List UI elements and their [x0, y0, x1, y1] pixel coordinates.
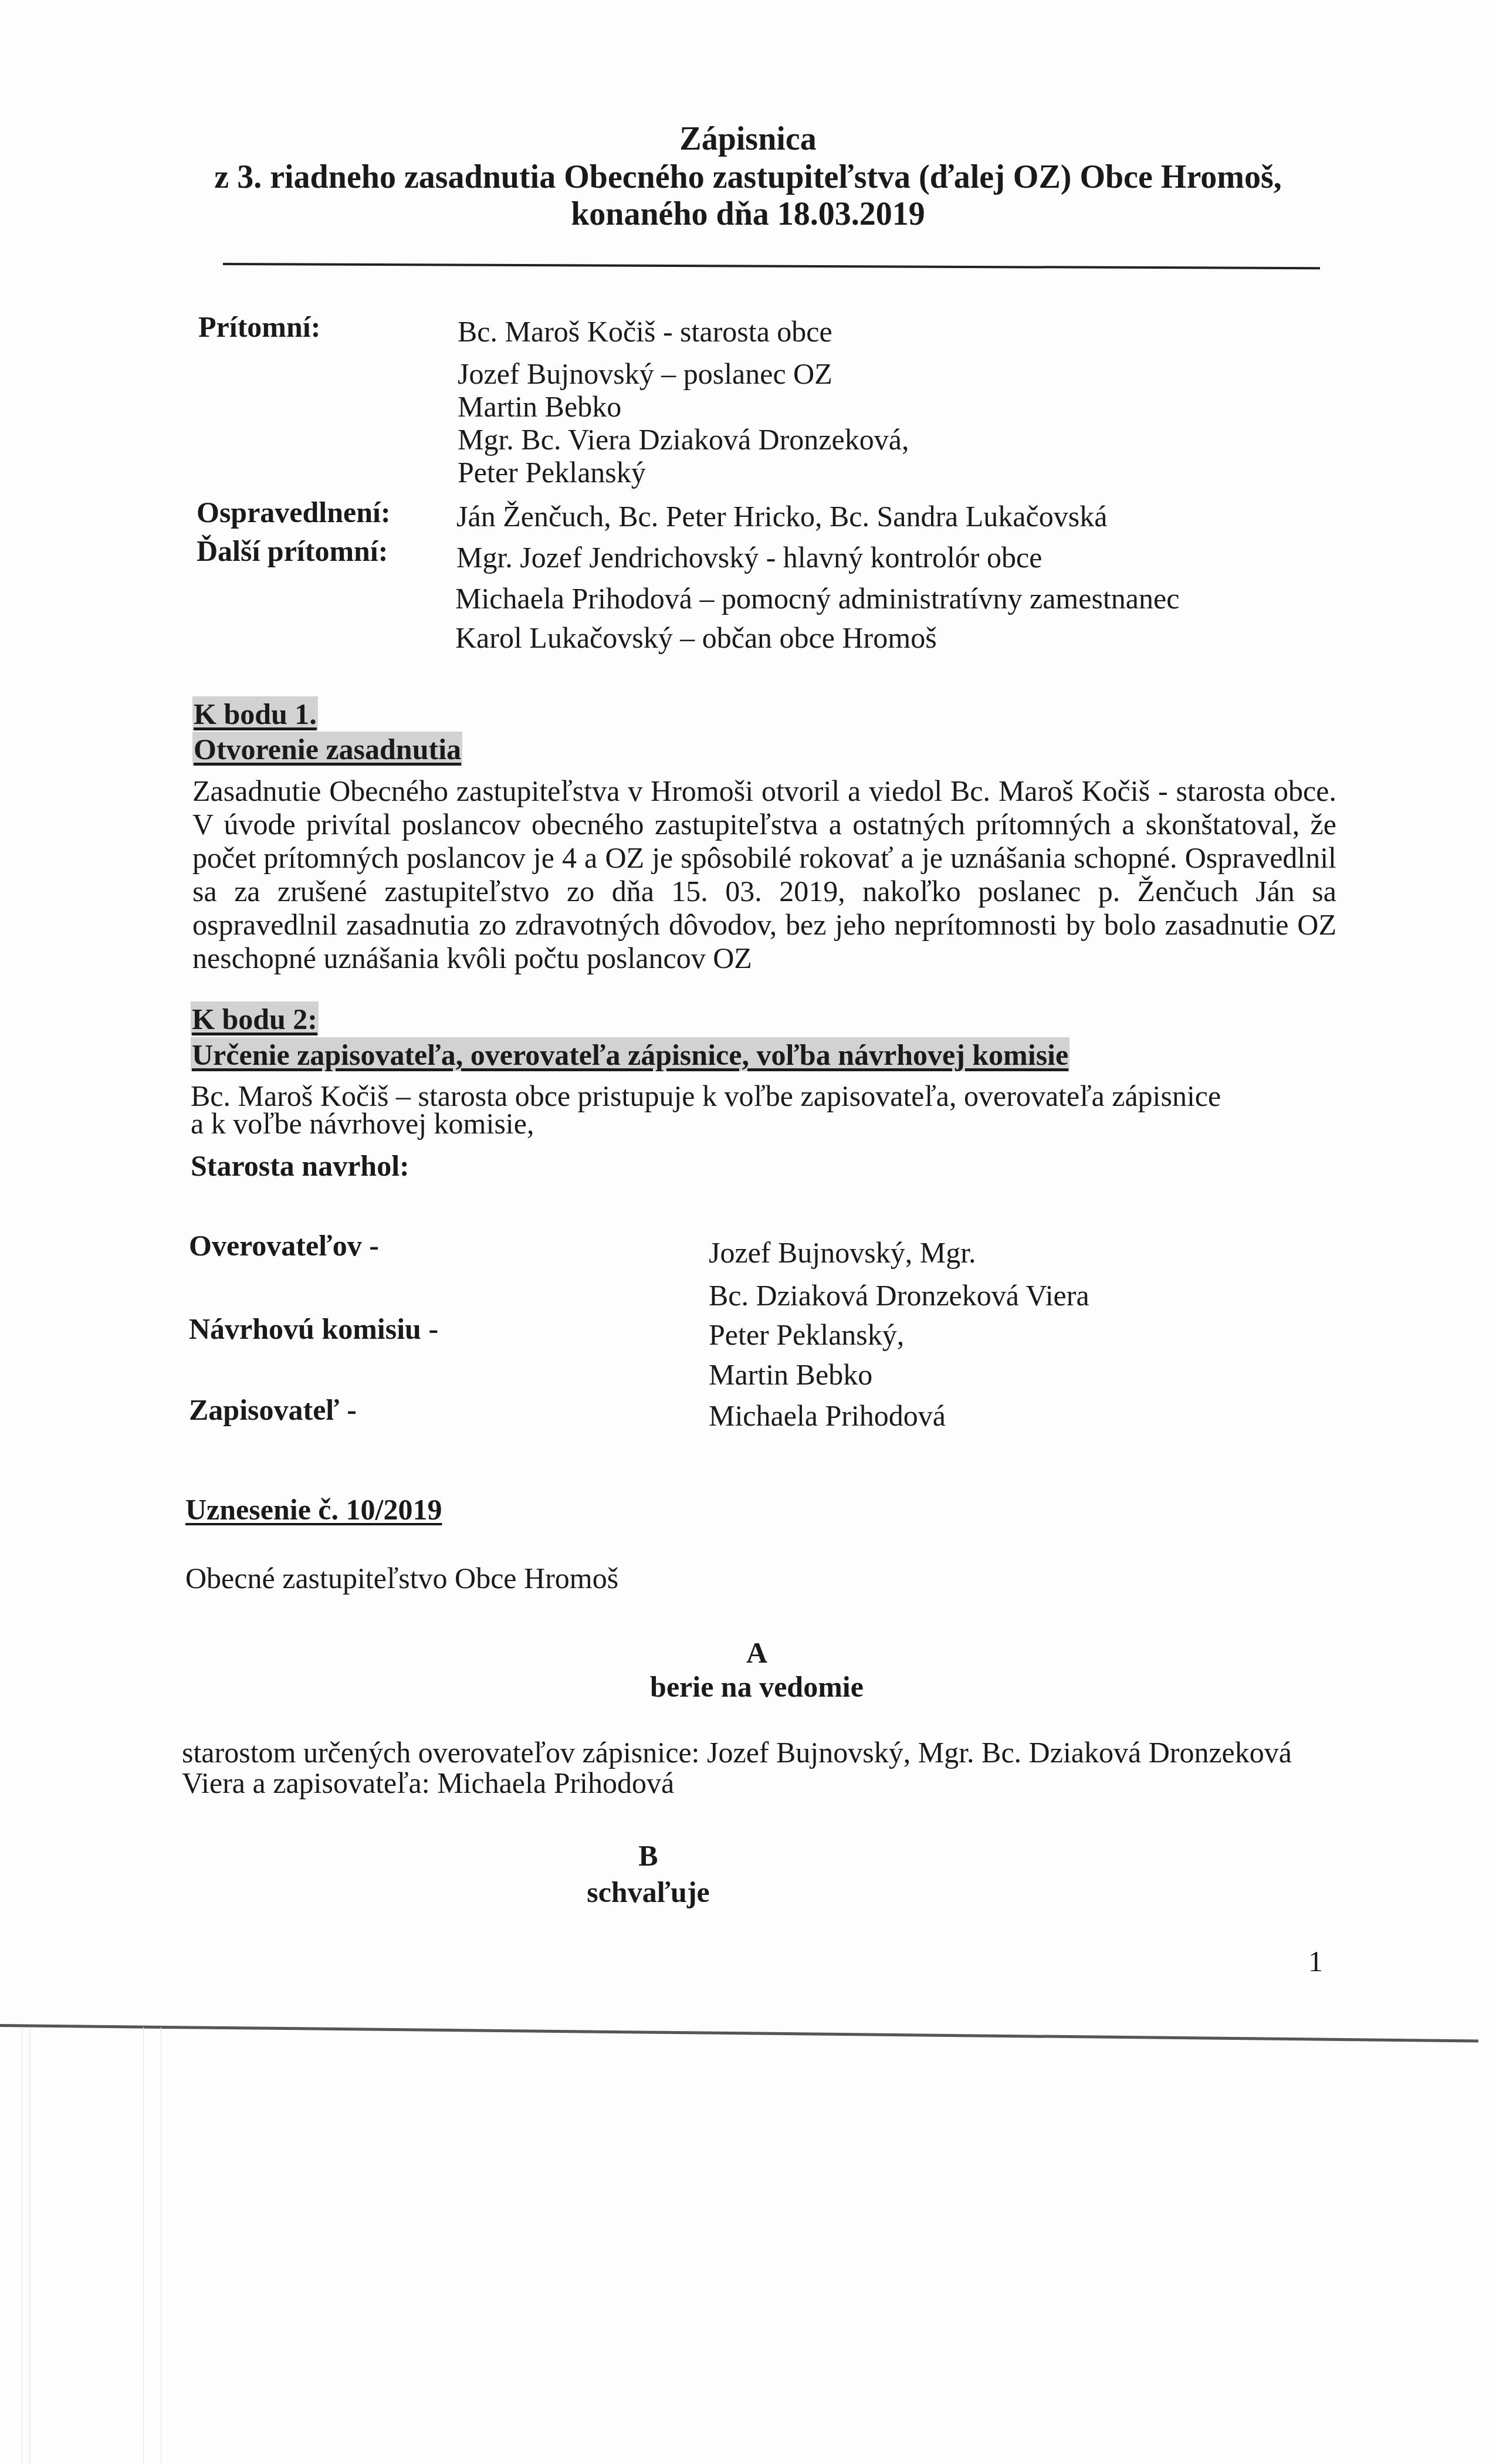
- point2-label-text: K bodu 2:: [191, 1001, 319, 1035]
- header-divider: [223, 263, 1320, 269]
- point2-heading-text: Určenie zapisovateľa, overovateľa zápisn…: [191, 1037, 1069, 1071]
- scan-artifact-line: [143, 2027, 144, 2464]
- scan-artifact-line: [22, 2027, 22, 2464]
- point1-label-text: K bodu 1.: [192, 696, 318, 730]
- point2-heading: Určenie zapisovateľa, overovateľa zápisn…: [191, 1040, 1069, 1069]
- scan-artifact-line: [29, 2027, 30, 2464]
- present-item: Bc. Maroš Kočiš - starosta obce: [458, 317, 832, 346]
- point1-text: Zasadnutie Obecného zastupiteľstva v Hro…: [192, 774, 1336, 975]
- document-subtitle-line1: z 3. riadneho zasadnutia Obecného zastup…: [0, 158, 1496, 196]
- role-name: Martin Bebko: [709, 1360, 872, 1389]
- section-b-letter: B: [590, 1841, 707, 1870]
- excused-label: Ospravedlnení:: [197, 497, 391, 527]
- excused-list: Ján Ženčuch, Bc. Peter Hricko, Bc. Sandr…: [456, 502, 1107, 531]
- others-item: Karol Lukačovský – občan obce Hromoš: [455, 623, 937, 652]
- page-separator: [0, 2024, 1478, 2042]
- resolution-title: Uznesenie č. 10/2019: [185, 1495, 442, 1524]
- document-title: Zápisnica: [0, 120, 1496, 158]
- page-number: 1: [1308, 1947, 1323, 1976]
- others-label: Ďalší prítomní:: [197, 536, 388, 566]
- resolution-body: Obecné zastupiteľstvo Obce Hromoš: [185, 1563, 618, 1593]
- present-label: Prítomní:: [198, 312, 320, 341]
- role-label-committee: Návrhovú komisiu -: [189, 1314, 438, 1343]
- point1-label: K bodu 1.: [192, 699, 318, 729]
- scan-artifact-line: [161, 2027, 161, 2464]
- point2-label: K bodu 2:: [191, 1004, 319, 1034]
- section-a-line1: starostom určených overovateľov zápisnic…: [182, 1738, 1292, 1767]
- section-b-verb: schvaľuje: [560, 1877, 736, 1907]
- role-name: Peter Peklanský,: [709, 1320, 904, 1349]
- point1-heading: Otvorenie zasadnutia: [192, 735, 462, 764]
- point2-text-line1: Bc. Maroš Kočiš – starosta obce pristupu…: [191, 1081, 1221, 1111]
- section-a-verb: berie na vedomie: [610, 1672, 903, 1701]
- present-item: Martin Bebko: [458, 392, 621, 421]
- present-item: Mgr. Bc. Viera Dziaková Dronzeková,: [458, 425, 909, 454]
- present-item: Jozef Bujnovský – poslanec OZ: [458, 359, 832, 388]
- proposal-label: Starosta navrhol:: [191, 1151, 409, 1180]
- document-subtitle-line2: konaného dňa 18.03.2019: [0, 195, 1496, 233]
- role-name: Jozef Bujnovský, Mgr.: [709, 1238, 976, 1267]
- others-item: Mgr. Jozef Jendrichovský - hlavný kontro…: [456, 543, 1042, 572]
- role-name: Bc. Dziaková Dronzeková Viera: [709, 1281, 1089, 1310]
- section-a-line2: Viera a zapisovateľa: Michaela Prihodová: [182, 1768, 674, 1798]
- present-item: Peter Peklanský: [458, 458, 646, 487]
- role-label-recorder: Zapisovateľ -: [189, 1395, 357, 1424]
- section-a-letter: A: [698, 1638, 815, 1667]
- role-label-verifiers: Overovateľov -: [189, 1231, 379, 1260]
- point1-heading-text: Otvorenie zasadnutia: [192, 732, 462, 766]
- others-item: Michaela Prihodová – pomocný administrat…: [455, 584, 1179, 613]
- point2-text-line2: a k voľbe návrhovej komisie,: [191, 1109, 534, 1138]
- role-name: Michaela Prihodová: [709, 1401, 946, 1430]
